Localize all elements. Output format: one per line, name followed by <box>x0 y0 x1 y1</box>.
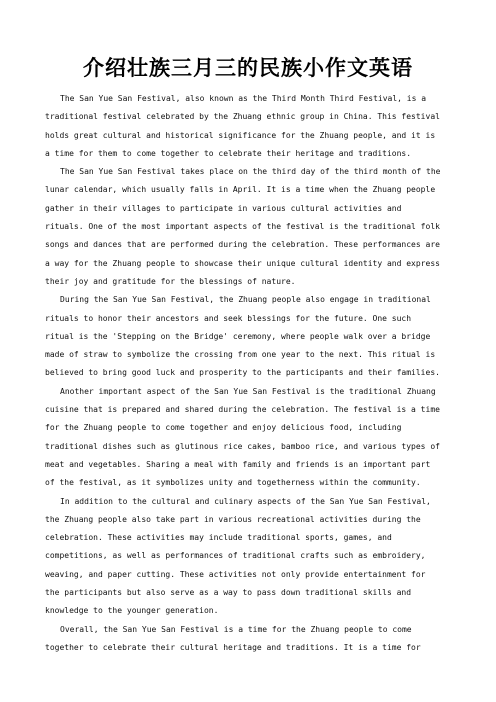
essay-paragraph-5: In addition to the cultural and culinary… <box>45 493 441 621</box>
essay-body: The San Yue San Festival, also known as … <box>45 90 441 657</box>
essay-paragraph-4: Another important aspect of the San Yue … <box>45 383 441 493</box>
document-page: 介绍壮族三月三的民族小作文英语 The San Yue San Festival… <box>0 0 496 702</box>
essay-paragraph-3: During the San Yue San Festival, the Zhu… <box>45 291 441 382</box>
essay-paragraph-6: Overall, the San Yue San Festival is a t… <box>45 621 441 658</box>
essay-paragraph-1: The San Yue San Festival, also known as … <box>45 90 441 163</box>
essay-paragraph-2: The San Yue San Festival takes place on … <box>45 163 441 291</box>
essay-title: 介绍壮族三月三的民族小作文英语 <box>0 52 496 83</box>
